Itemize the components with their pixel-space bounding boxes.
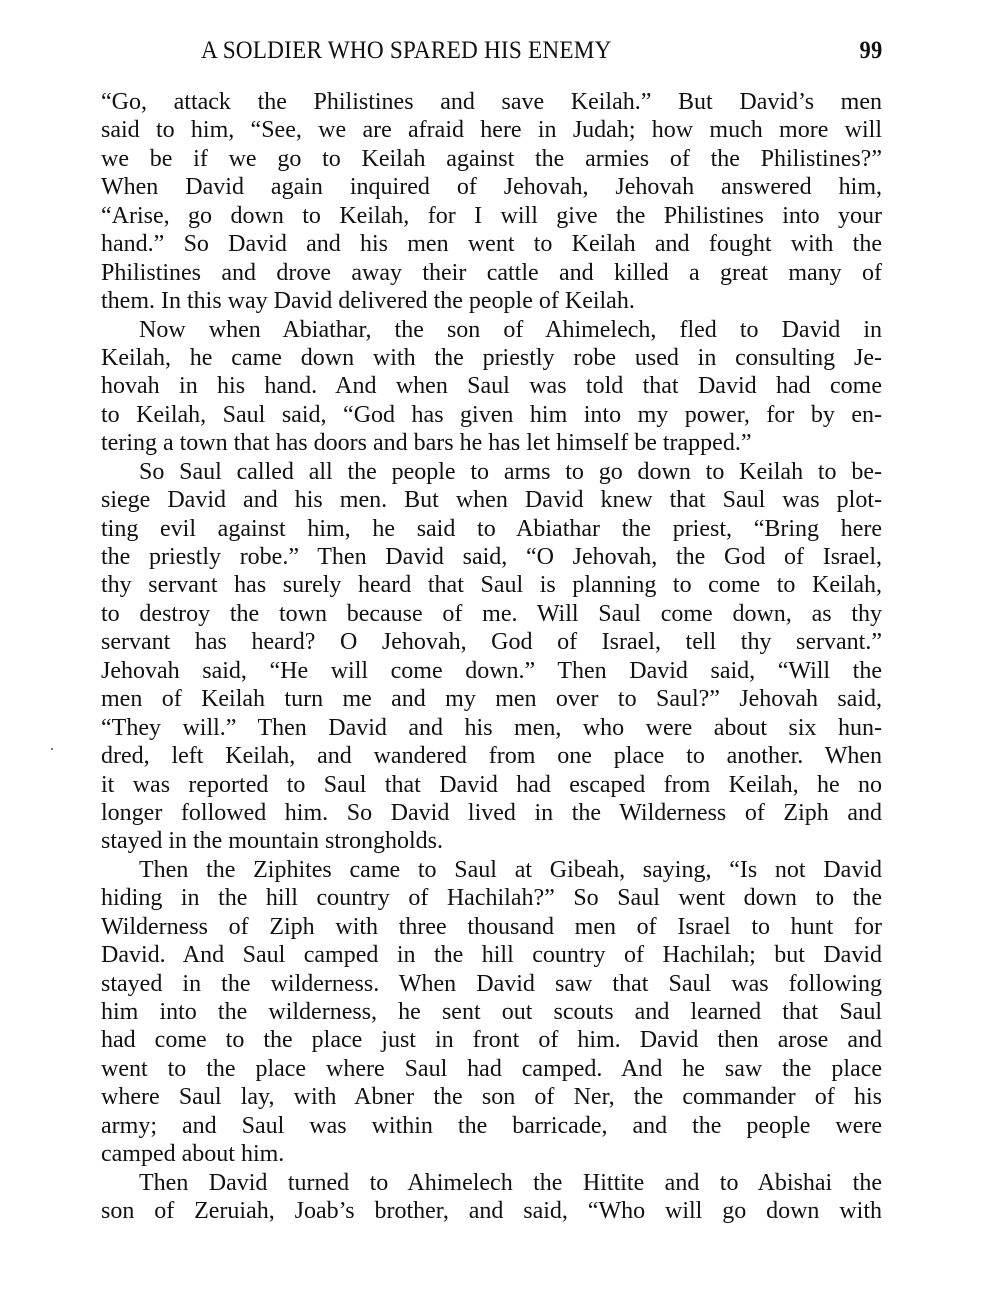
text-line: stayed in the wilderness. When David saw… <box>101 970 882 998</box>
text-line: longer followed him. So David lived in t… <box>101 799 882 827</box>
text-line: dred, left Keilah, and wandered from one… <box>101 742 882 770</box>
text-line-content: “They will.” Then David and his men, who… <box>101 714 882 742</box>
text-line-content: hand.” So David and his men went to Keil… <box>101 230 882 258</box>
text-line-content: had come to the place just in front of h… <box>101 1026 882 1054</box>
text-line: had come to the place just in front of h… <box>101 1026 882 1054</box>
scan-speck <box>51 748 53 750</box>
text-line: servant has heard? O Jehovah, God of Isr… <box>101 628 882 656</box>
text-line: it was reported to Saul that David had e… <box>101 771 882 799</box>
text-line: went to the place where Saul had camped.… <box>101 1055 882 1083</box>
text-line: “Arise, go down to Keilah, for I will gi… <box>101 202 882 230</box>
text-line-content: them. In this way David delivered the pe… <box>101 287 635 315</box>
text-line: stayed in the mountain strongholds. <box>101 827 882 855</box>
text-line-content: Now when Abiathar, the son of Ahimelech,… <box>139 316 882 344</box>
text-line: Now when Abiathar, the son of Ahimelech,… <box>101 316 882 344</box>
text-line: said to him, “See, we are afraid here in… <box>101 116 882 144</box>
page-number: 99 <box>859 36 882 66</box>
text-line: the priestly robe.” Then David said, “O … <box>101 543 882 571</box>
text-line-content: men of Keilah turn me and my men over to… <box>101 685 882 713</box>
text-line: we be if we go to Keilah against the arm… <box>101 145 882 173</box>
text-line-content: where Saul lay, with Abner the son of Ne… <box>101 1083 882 1111</box>
text-line: ting evil against him, he said to Abiath… <box>101 515 882 543</box>
text-line-content: hovah in his hand. And when Saul was tol… <box>101 372 882 400</box>
text-line-content: it was reported to Saul that David had e… <box>101 771 882 799</box>
text-line-content: the priestly robe.” Then David said, “O … <box>101 543 882 571</box>
text-line-content: Then David turned to Ahimelech the Hitti… <box>139 1169 882 1197</box>
text-line: Jehovah said, “He will come down.” Then … <box>101 657 882 685</box>
running-head: A SOLDIER WHO SPARED HIS ENEMY 99 <box>101 36 882 66</box>
text-line: hiding in the hill country of Hachilah?”… <box>101 884 882 912</box>
text-line: So Saul called all the people to arms to… <box>101 458 882 486</box>
text-line-content: son of Zeruiah, Joab’s brother, and said… <box>101 1197 882 1225</box>
text-line: thy servant has surely heard that Saul i… <box>101 571 882 599</box>
text-line: hand.” So David and his men went to Keil… <box>101 230 882 258</box>
text-line: “They will.” Then David and his men, who… <box>101 714 882 742</box>
text-line: When David again inquired of Jehovah, Je… <box>101 173 882 201</box>
text-line-content: When David again inquired of Jehovah, Je… <box>101 173 882 201</box>
text-line-content: tering a town that has doors and bars he… <box>101 429 751 457</box>
text-line-content: hiding in the hill country of Hachilah?”… <box>101 884 882 912</box>
text-line-content: So Saul called all the people to arms to… <box>139 458 882 486</box>
text-line: him into the wilderness, he sent out sco… <box>101 998 882 1026</box>
text-line: them. In this way David delivered the pe… <box>101 287 882 315</box>
text-line-content: to Keilah, Saul said, “God has given him… <box>101 401 882 429</box>
text-line-content: Then the Ziphites came to Saul at Gibeah… <box>139 856 882 884</box>
body-text: “Go, attack the Philistines and save Kei… <box>101 88 882 1226</box>
text-line: camped about him. <box>101 1140 882 1168</box>
text-line: Then the Ziphites came to Saul at Gibeah… <box>101 856 882 884</box>
text-line-content: Philistines and drove away their cattle … <box>101 259 882 287</box>
text-line-content: servant has heard? O Jehovah, God of Isr… <box>101 628 882 656</box>
text-line: Then David turned to Ahimelech the Hitti… <box>101 1169 882 1197</box>
text-line: son of Zeruiah, Joab’s brother, and said… <box>101 1197 882 1225</box>
text-line: David. And Saul camped in the hill count… <box>101 941 882 969</box>
text-line-content: “Arise, go down to Keilah, for I will gi… <box>101 202 882 230</box>
text-line-content: we be if we go to Keilah against the arm… <box>101 145 882 173</box>
text-line-content: army; and Saul was within the barricade,… <box>101 1112 882 1140</box>
text-line: to Keilah, Saul said, “God has given him… <box>101 401 882 429</box>
text-line-content: David. And Saul camped in the hill count… <box>101 941 882 969</box>
text-line-content: him into the wilderness, he sent out sco… <box>101 998 882 1026</box>
text-line-content: stayed in the mountain strongholds. <box>101 827 443 855</box>
text-line-content: to destroy the town because of me. Will … <box>101 600 882 628</box>
text-line-content: went to the place where Saul had camped.… <box>101 1055 882 1083</box>
text-line: army; and Saul was within the barricade,… <box>101 1112 882 1140</box>
text-line: men of Keilah turn me and my men over to… <box>101 685 882 713</box>
text-line-content: Wilderness of Ziph with three thousand m… <box>101 913 882 941</box>
text-line-content: “Go, attack the Philistines and save Kei… <box>101 88 882 116</box>
text-line-content: Keilah, he came down with the priestly r… <box>101 344 882 372</box>
text-line-content: said to him, “See, we are afraid here in… <box>101 116 882 144</box>
text-line: Keilah, he came down with the priestly r… <box>101 344 882 372</box>
text-line: siege David and his men. But when David … <box>101 486 882 514</box>
text-line: Wilderness of Ziph with three thousand m… <box>101 913 882 941</box>
text-line-content: stayed in the wilderness. When David saw… <box>101 970 882 998</box>
text-line: Philistines and drove away their cattle … <box>101 259 882 287</box>
text-line: where Saul lay, with Abner the son of Ne… <box>101 1083 882 1111</box>
text-line: hovah in his hand. And when Saul was tol… <box>101 372 882 400</box>
text-line-content: thy servant has surely heard that Saul i… <box>101 571 882 599</box>
text-line-content: dred, left Keilah, and wandered from one… <box>101 742 882 770</box>
text-line-content: Jehovah said, “He will come down.” Then … <box>101 657 882 685</box>
text-line: “Go, attack the Philistines and save Kei… <box>101 88 882 116</box>
text-line: to destroy the town because of me. Will … <box>101 600 882 628</box>
running-title: A SOLDIER WHO SPARED HIS ENEMY <box>201 36 612 66</box>
text-line: tering a town that has doors and bars he… <box>101 429 882 457</box>
text-line-content: longer followed him. So David lived in t… <box>101 799 882 827</box>
text-line-content: camped about him. <box>101 1140 284 1168</box>
text-line-content: ting evil against him, he said to Abiath… <box>101 515 882 543</box>
text-line-content: siege David and his men. But when David … <box>101 486 882 514</box>
